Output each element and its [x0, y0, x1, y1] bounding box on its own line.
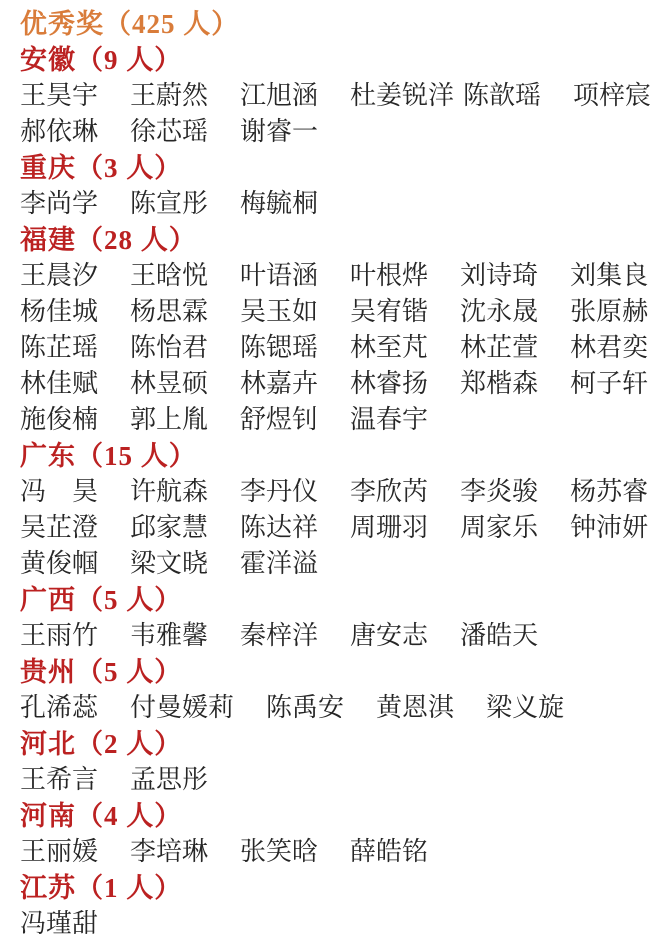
province-section: 河北（2 人） 王希言孟思彤: [20, 726, 651, 798]
province-heading: 贵州（5 人）: [20, 654, 651, 690]
province-list: 安徽（9 人） 王昊宇王蔚然江旭涵杜姜锐洋陈歆瑶项梓宸郝依琳徐芯瑶谢睿一 重庆（…: [20, 42, 651, 942]
name-row: 杨佳城杨思霖吴玉如吴宥锴沈永晟张原赫: [20, 294, 651, 330]
winner-name: 霍洋溢: [240, 546, 318, 582]
winner-name: 陈锶瑶: [240, 330, 318, 366]
winner-name: 王丽媛: [20, 834, 98, 870]
winner-name: 谢睿一: [240, 114, 318, 150]
winner-name: 吴宥锴: [350, 294, 428, 330]
winner-name: 吴玉如: [240, 294, 318, 330]
winner-name: 林芷萱: [460, 330, 538, 366]
winner-name: 王晗悦: [130, 258, 208, 294]
winner-name: 柯子轩: [570, 366, 648, 402]
winner-name: 王晨汐: [20, 258, 98, 294]
name-row: 李尚学陈宣彤梅毓桐: [20, 186, 651, 222]
winner-name: 冯 昊: [20, 474, 98, 510]
name-row: 郝依琳徐芯瑶谢睿一: [20, 114, 651, 150]
province-heading: 广东（15 人）: [20, 438, 651, 474]
winner-name: 李培琳: [130, 834, 208, 870]
winner-name: 杨苏睿: [570, 474, 648, 510]
name-row: 王丽媛李培琳张笑晗薛皓铭: [20, 834, 651, 870]
province-section: 重庆（3 人） 李尚学陈宣彤梅毓桐: [20, 150, 651, 222]
winner-name: 林君奕: [570, 330, 648, 366]
winner-name: 秦梓洋: [240, 618, 318, 654]
winner-name: 梅毓桐: [240, 186, 318, 222]
name-row: 王晨汐王晗悦叶语涵叶根烨刘诗琦刘集良: [20, 258, 651, 294]
award-title: 优秀奖（425 人）: [20, 6, 651, 42]
winner-name: 郝依琳: [20, 114, 98, 150]
winner-name: 刘诗琦: [460, 258, 538, 294]
winner-name: 周家乐: [460, 510, 538, 546]
winner-name: 刘集良: [570, 258, 648, 294]
winner-name: 温春宇: [350, 402, 428, 438]
winner-name: 王希言: [20, 762, 98, 798]
winner-name: 李尚学: [20, 186, 98, 222]
winner-name: 潘皓天: [460, 618, 538, 654]
winner-name: 陈歆瑶: [463, 78, 541, 114]
name-row: 孔浠蕊付曼媛莉陈禹安黄恩淇梁义旋: [20, 690, 651, 726]
name-row: 施俊楠郭上胤舒煜钊温春宇: [20, 402, 651, 438]
winner-name: 舒煜钊: [240, 402, 318, 438]
name-row: 王希言孟思彤: [20, 762, 651, 798]
name-row: 吴芷澄邱家慧陈达祥周珊羽周家乐钟沛妍: [20, 510, 651, 546]
winner-name: 叶语涵: [240, 258, 318, 294]
winner-name: 沈永晟: [460, 294, 538, 330]
winner-name: 王雨竹: [20, 618, 98, 654]
winner-name: 唐安志: [350, 618, 428, 654]
province-heading: 江苏（1 人）: [20, 870, 651, 906]
winner-name: 林睿扬: [350, 366, 428, 402]
winner-name: 黄恩淇: [376, 690, 454, 726]
winner-name: 徐芯瑶: [130, 114, 208, 150]
winner-name: 杜姜锐洋: [350, 78, 431, 114]
winner-name: 周珊羽: [350, 510, 428, 546]
winner-name: 陈达祥: [240, 510, 318, 546]
winner-name: 陈禹安: [266, 690, 344, 726]
province-section: 安徽（9 人） 王昊宇王蔚然江旭涵杜姜锐洋陈歆瑶项梓宸郝依琳徐芯瑶谢睿一: [20, 42, 651, 150]
province-section: 河南（4 人） 王丽媛李培琳张笑晗薛皓铭: [20, 798, 651, 870]
province-heading: 广西（5 人）: [20, 582, 651, 618]
name-row: 冯 昊许航森李丹仪李欣芮李炎骏杨苏睿: [20, 474, 651, 510]
winner-name: 陈宣彤: [130, 186, 208, 222]
winner-name: 杨思霖: [130, 294, 208, 330]
winner-name: 杨佳城: [20, 294, 98, 330]
winner-name: 项梓宸: [573, 78, 651, 114]
winner-name: 李炎骏: [460, 474, 538, 510]
name-row: 陈芷瑶陈怡君陈锶瑶林至芃林芷萱林君奕: [20, 330, 651, 366]
winner-name: 黄俊帼: [20, 546, 98, 582]
winner-name: 施俊楠: [20, 402, 98, 438]
province-heading: 重庆（3 人）: [20, 150, 651, 186]
winner-name: 钟沛妍: [570, 510, 648, 546]
winner-name: 郑楷森: [460, 366, 538, 402]
winner-name: 韦雅馨: [130, 618, 208, 654]
winner-name: 王蔚然: [130, 78, 208, 114]
winner-name: 薛皓铭: [350, 834, 428, 870]
name-row: 冯瑾甜: [20, 906, 651, 942]
winner-name: 王昊宇: [20, 78, 98, 114]
winner-name: 林佳赋: [20, 366, 98, 402]
winner-name: 梁文晓: [130, 546, 208, 582]
province-heading: 河北（2 人）: [20, 726, 651, 762]
name-row: 王昊宇王蔚然江旭涵杜姜锐洋陈歆瑶项梓宸: [20, 78, 651, 114]
province-heading: 河南（4 人）: [20, 798, 651, 834]
province-heading: 安徽（9 人）: [20, 42, 651, 78]
winner-name: 陈怡君: [130, 330, 208, 366]
province-heading: 福建（28 人）: [20, 222, 651, 258]
province-section: 江苏（1 人） 冯瑾甜: [20, 870, 651, 942]
winner-name: 张笑晗: [240, 834, 318, 870]
winner-name: 梁义旋: [486, 690, 564, 726]
winner-name: 郭上胤: [130, 402, 208, 438]
winner-name: 叶根烨: [350, 258, 428, 294]
winner-name: 李欣芮: [350, 474, 428, 510]
winner-name: 许航森: [130, 474, 208, 510]
winner-name: 吴芷澄: [20, 510, 98, 546]
winner-name: 李丹仪: [240, 474, 318, 510]
winner-name: 邱家慧: [130, 510, 208, 546]
winner-name: 付曼媛莉: [130, 690, 234, 726]
name-row: 王雨竹韦雅馨秦梓洋唐安志潘皓天: [20, 618, 651, 654]
winner-name: 林至芃: [350, 330, 428, 366]
award-document: 优秀奖（425 人） 安徽（9 人） 王昊宇王蔚然江旭涵杜姜锐洋陈歆瑶项梓宸郝依…: [0, 0, 669, 942]
winner-name: 张原赫: [570, 294, 648, 330]
winner-name: 孔浠蕊: [20, 690, 98, 726]
winner-name: 陈芷瑶: [20, 330, 98, 366]
province-section: 广西（5 人） 王雨竹韦雅馨秦梓洋唐安志潘皓天: [20, 582, 651, 654]
winner-name: 江旭涵: [240, 78, 318, 114]
winner-name: 林嘉卉: [240, 366, 318, 402]
province-section: 广东（15 人） 冯 昊许航森李丹仪李欣芮李炎骏杨苏睿吴芷澄邱家慧陈达祥周珊羽周…: [20, 438, 651, 582]
winner-name: 孟思彤: [130, 762, 208, 798]
winner-name: 林昱硕: [130, 366, 208, 402]
province-section: 福建（28 人） 王晨汐王晗悦叶语涵叶根烨刘诗琦刘集良杨佳城杨思霖吴玉如吴宥锴沈…: [20, 222, 651, 438]
name-row: 黄俊帼梁文晓霍洋溢: [20, 546, 651, 582]
province-section: 贵州（5 人） 孔浠蕊付曼媛莉陈禹安黄恩淇梁义旋: [20, 654, 651, 726]
name-row: 林佳赋林昱硕林嘉卉林睿扬郑楷森柯子轩: [20, 366, 651, 402]
winner-name: 冯瑾甜: [20, 906, 98, 942]
